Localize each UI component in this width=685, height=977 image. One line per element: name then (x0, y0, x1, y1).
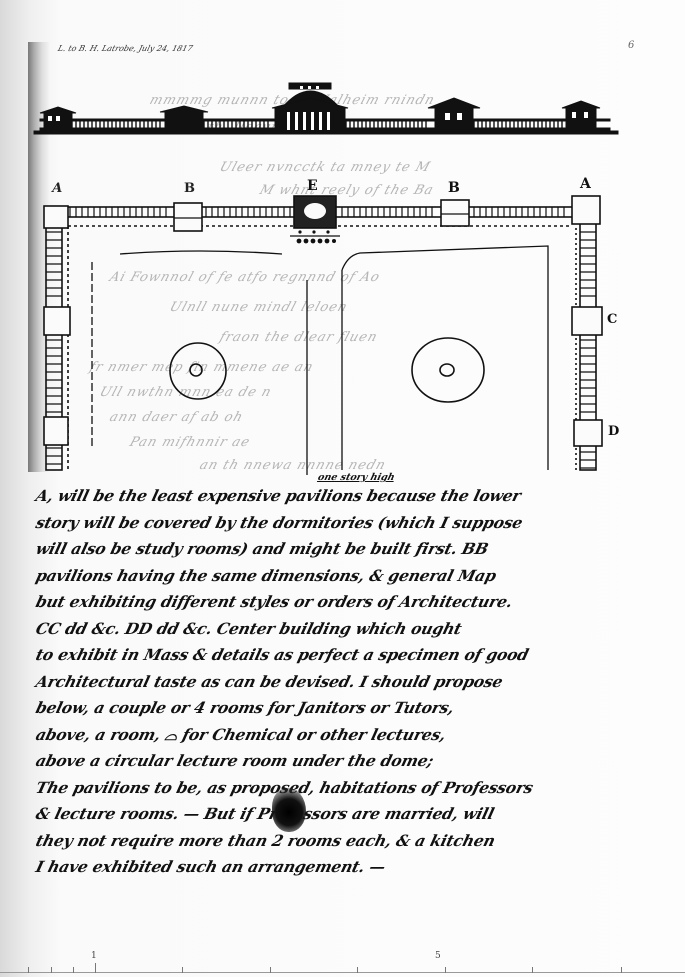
plan-label-e-center: E (307, 178, 318, 194)
plan-drawing (44, 196, 602, 475)
text-line: pavilions having the same dimensions, & … (33, 563, 680, 590)
text-line: above, a room, ⌓ for Chemical or other l… (33, 722, 680, 749)
text-line: CC dd &c. DD dd &c. Center building whic… (33, 616, 680, 643)
ruler-label: 5 (435, 951, 441, 961)
text-line: below, a couple or 4 rooms for Janitors … (33, 695, 680, 722)
plan-label-c-right: C (607, 312, 617, 327)
text-line: I have exhibited such an arrangement. — (33, 854, 680, 881)
scale-ruler: 1 5 (0, 972, 685, 977)
pavilion-d-right (574, 420, 602, 446)
plan-label-d-right: D (608, 424, 619, 439)
interlinear-note: one story high (317, 472, 396, 483)
architectural-drawings (0, 0, 685, 480)
ruler-label: 1 (91, 951, 97, 961)
text-line: story will be covered by the dormitories… (33, 510, 680, 537)
pavilion-b-right (441, 200, 469, 226)
plan-label-a-right: A (580, 176, 591, 192)
text-line: Architectural taste as can be devised. I… (33, 669, 680, 696)
text-line: & lecture rooms. — But if Professors are… (33, 801, 680, 828)
plan-label-b-right: B (448, 180, 460, 196)
handwritten-text: A, will be the least expensive pavilions… (36, 483, 676, 881)
pavilion-c-right (572, 307, 602, 335)
plan-label-b-left: B (184, 181, 195, 196)
text-line: above a circular lecture room under the … (33, 748, 680, 775)
elevation-drawing (34, 83, 618, 134)
pavilion-a-left (44, 206, 68, 228)
pavilion-d-left (44, 417, 68, 445)
ink-blot (272, 788, 306, 832)
text-line: The pavilions to be, as proposed, habita… (33, 775, 680, 802)
text-line: A, will be the least expensive pavilions… (33, 483, 680, 510)
text-line: but exhibiting different styles or order… (33, 589, 680, 616)
text-line: to exhibit in Mass & details as perfect … (33, 642, 680, 669)
pavilion-b-left (174, 203, 202, 231)
manuscript-page: mmmmg munnn to ad Ualheim rnindn aug. th… (0, 0, 685, 977)
text-line: they not require more than 2 rooms each,… (33, 828, 680, 855)
pavilion-a-right (572, 196, 600, 224)
pavilion-c-left (44, 307, 70, 335)
text-line: will also be study rooms) and might be b… (33, 536, 680, 563)
